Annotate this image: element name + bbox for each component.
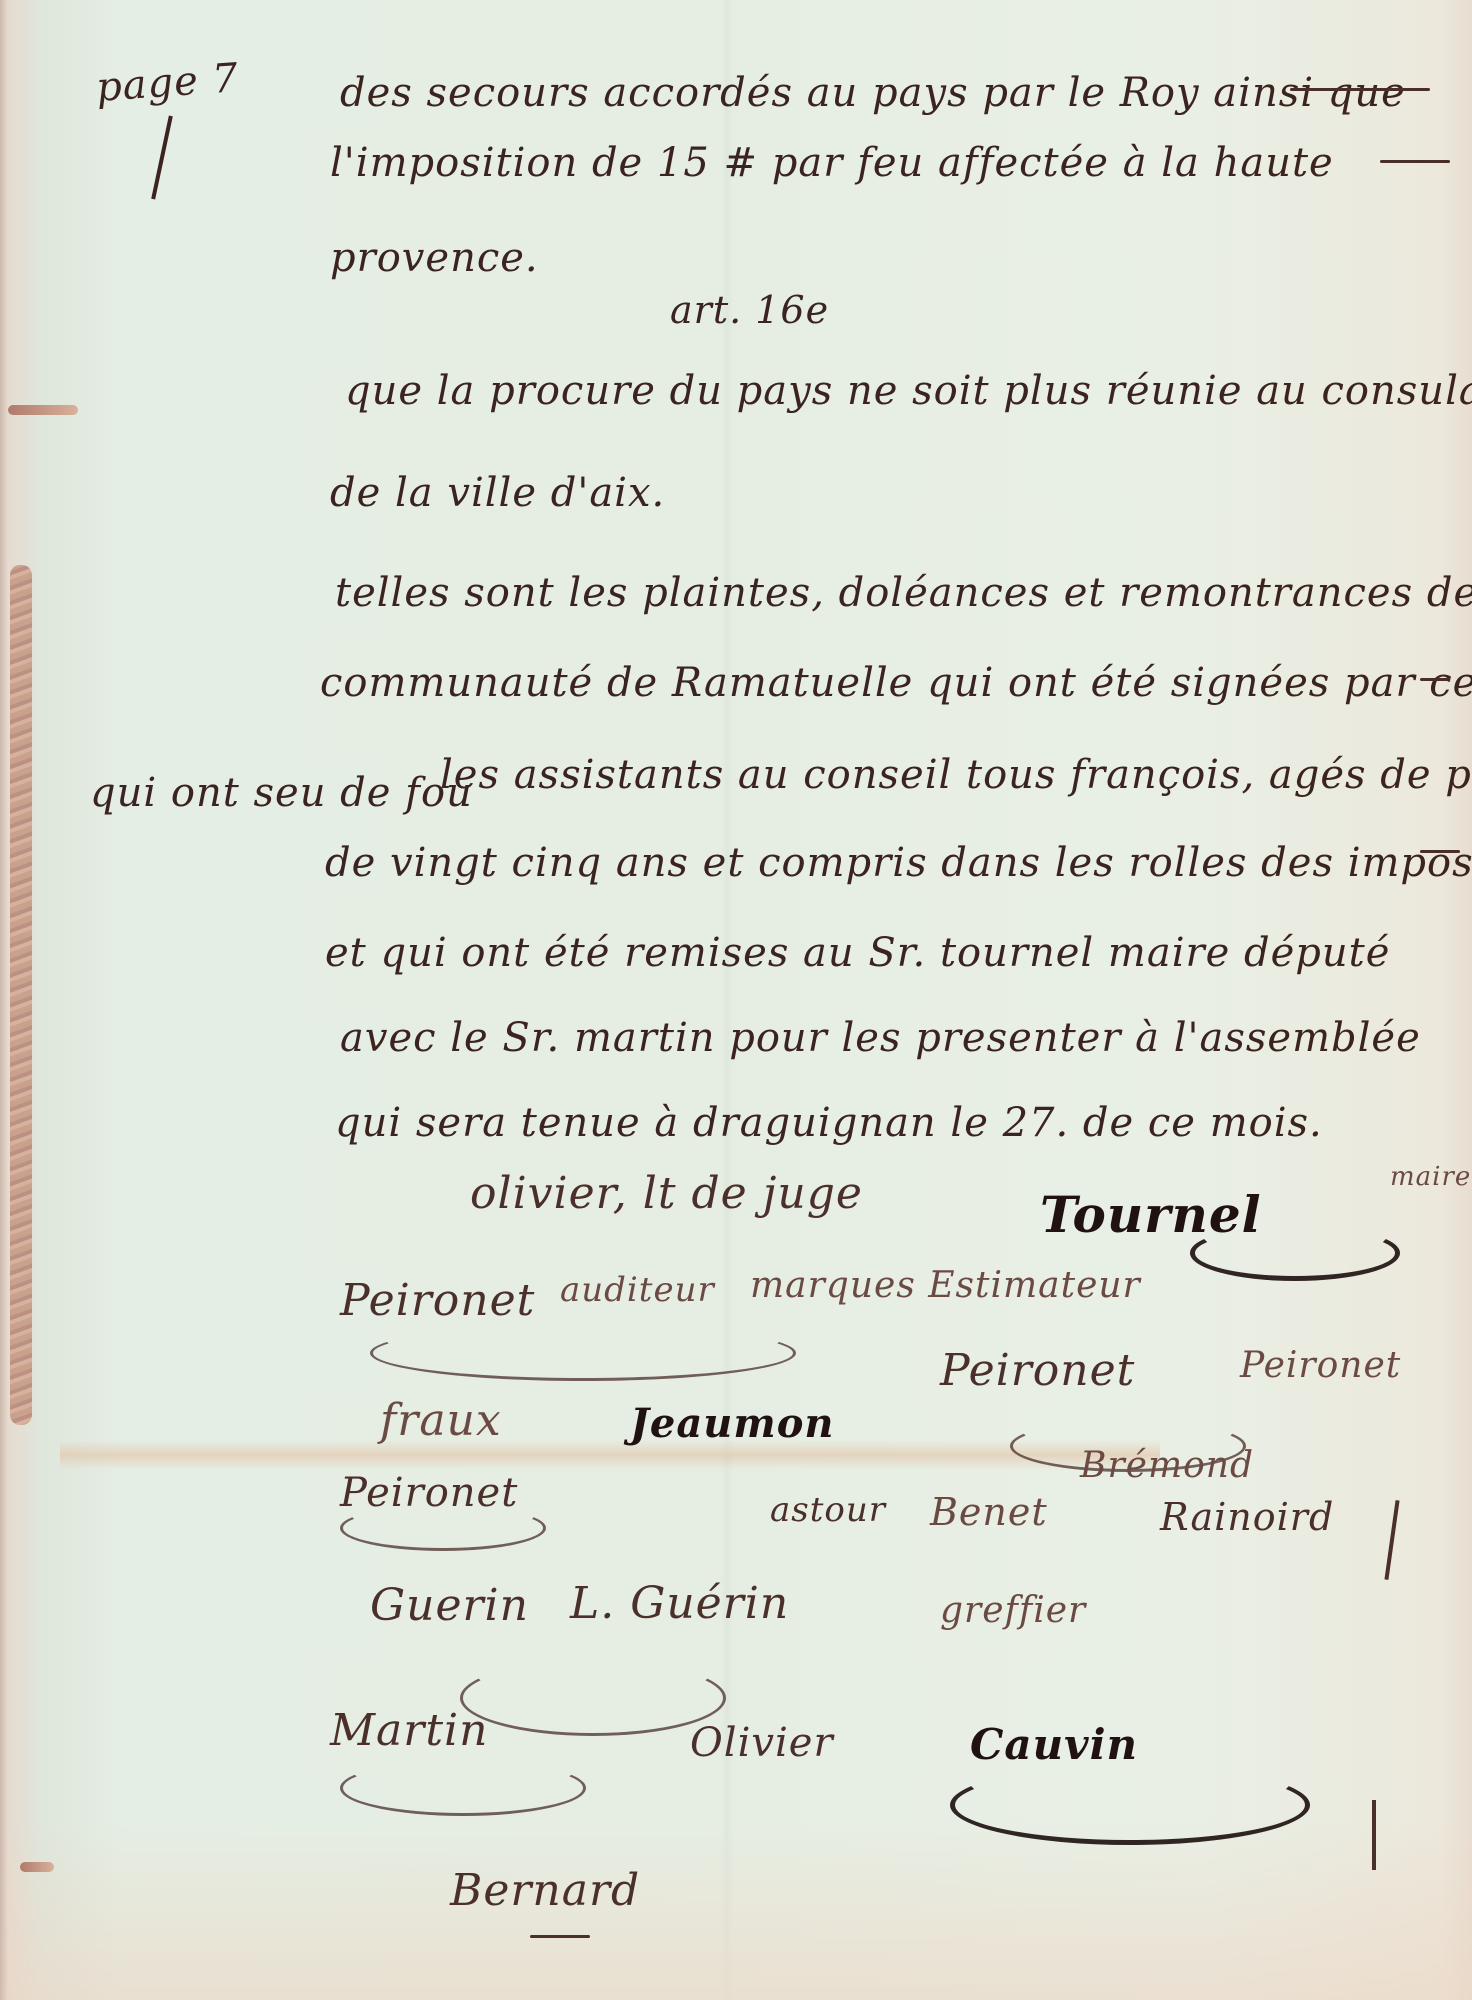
signature-bernard: Bernard <box>450 1865 640 1916</box>
signature-underline <box>530 1935 590 1938</box>
signature-marques: marques Estimateur <box>750 1265 1141 1306</box>
article-heading: art. 16e <box>670 288 829 332</box>
margin-stroke <box>1372 1800 1376 1870</box>
closing-line-4: de vingt cinq ans et compris dans les ro… <box>325 840 1472 886</box>
closing-line-7: qui sera tenue à draguignan le 27. de ce… <box>335 1100 1323 1146</box>
signature-rainoird: Rainoird <box>1160 1495 1334 1539</box>
line-filler-dash <box>1420 678 1450 681</box>
left-margin-insert: qui ont seu de fou <box>90 770 473 816</box>
signature-l-guerin: L. Guérin <box>570 1578 789 1629</box>
signature-martin: Martin <box>330 1705 488 1756</box>
paper-stain-bottom <box>0 1820 1472 2000</box>
signature-flourish <box>950 1765 1310 1845</box>
body-line-1: des secours accordés au pays par le Roy … <box>340 70 1406 116</box>
signature-flourish <box>370 1325 796 1381</box>
page-edge <box>0 0 8 2000</box>
signature-bremond: Brémond <box>1080 1445 1254 1486</box>
closing-line-2: communauté de Ramatuelle qui ont été sig… <box>320 660 1472 706</box>
signature-peironet-3: Peironet <box>1240 1345 1401 1386</box>
signature-stroke <box>1384 1500 1399 1580</box>
signature-peironet-1-note: auditeur <box>560 1270 715 1310</box>
signature-benet: Benet <box>930 1490 1048 1534</box>
article-line-2: de la ville d'aix. <box>330 470 665 516</box>
signature-flourish <box>340 1505 546 1551</box>
margin-bar-mark <box>151 116 173 200</box>
binding-knot-top <box>8 405 78 415</box>
article-line-1: que la procure du pays ne soit plus réun… <box>345 368 1472 414</box>
binding-cord <box>10 565 32 1425</box>
paper-stain-fold <box>60 1440 1160 1470</box>
signature-olivier-juge: olivier, lt de juge <box>470 1168 863 1219</box>
signature-cauvin: Cauvin <box>970 1720 1138 1769</box>
margin-page-note: page 7 <box>95 55 241 111</box>
body-line-2: l'imposition de 15 # par feu affectée à … <box>330 140 1334 186</box>
signature-flourish <box>340 1760 586 1816</box>
body-line-3: provence. <box>330 235 539 281</box>
signature-tournel-title: maire <box>1390 1162 1471 1192</box>
line-filler-dash <box>1290 88 1430 91</box>
signature-flourish <box>1190 1225 1400 1281</box>
signature-jeaumon: Jeaumon <box>630 1400 834 1447</box>
closing-line-5: et qui ont été remises au Sr. tournel ma… <box>325 930 1390 976</box>
signature-fraux: fraux <box>380 1395 502 1446</box>
signature-guerin: Guerin <box>370 1580 529 1631</box>
signature-olivier: Olivier <box>690 1720 834 1766</box>
line-filler-dash <box>1420 850 1460 853</box>
signature-greffier-title: greffier <box>940 1590 1086 1631</box>
closing-line-1: telles sont les plaintes, doléances et r… <box>335 570 1472 616</box>
line-filler-dash <box>1380 160 1450 163</box>
closing-line-3: les assistants au conseil tous françois,… <box>440 752 1472 798</box>
closing-line-6: avec le Sr. martin pour les presenter à … <box>340 1015 1421 1061</box>
signature-flourish <box>460 1660 726 1736</box>
signature-peironet-2: Peironet <box>940 1345 1135 1396</box>
signature-peironet-1: Peironet <box>340 1275 535 1326</box>
binding-knot-bottom <box>20 1862 54 1872</box>
signature-astour: astour <box>770 1490 886 1530</box>
